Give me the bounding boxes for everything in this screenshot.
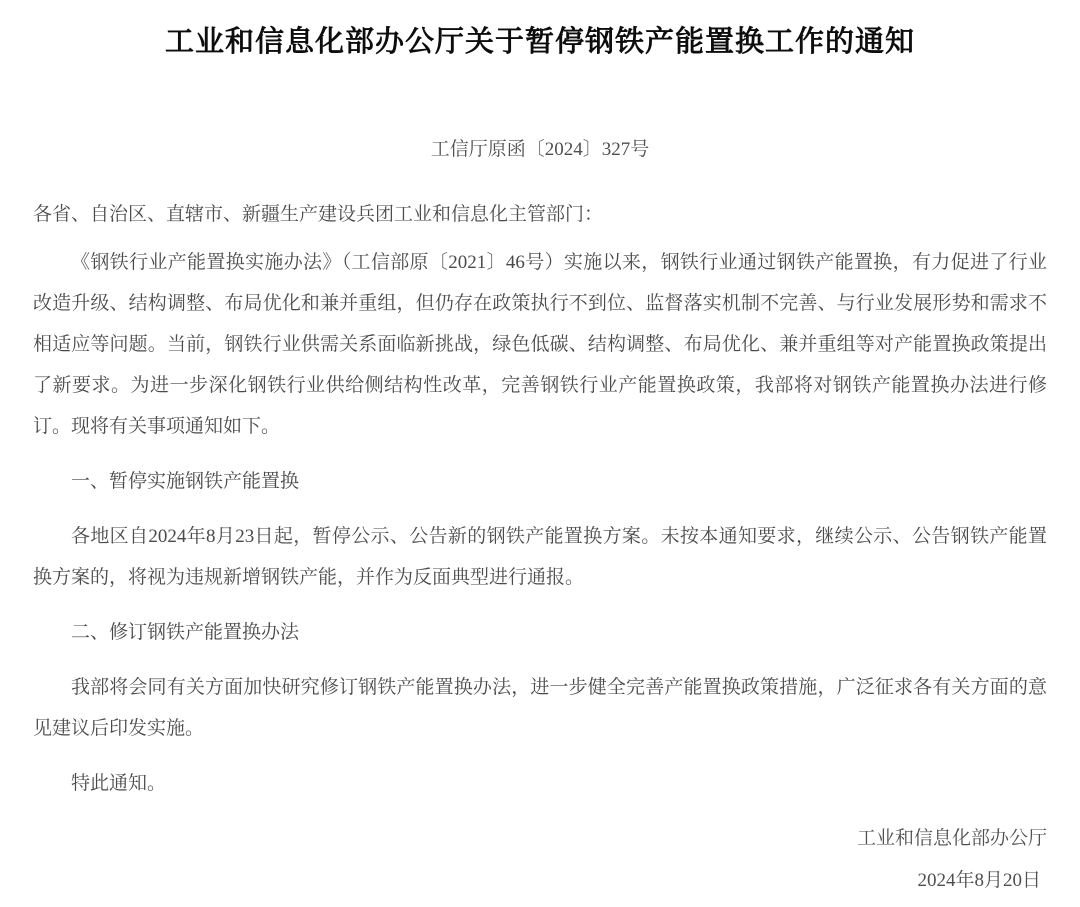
date-line: 2024年8月20日 [33,860,1041,902]
addressee-line: 各省、自治区、直辖市、新疆生产建设兵团工业和信息化主管部门： [33,201,1047,228]
signature-line: 工业和信息化部办公厅 [33,818,1047,860]
page-title: 工业和信息化部办公厅关于暂停钢铁产能置换工作的通知 [33,24,1047,60]
signature-block: 工业和信息化部办公厅 2024年8月20日 [33,818,1047,902]
doc-number: 工信厅原函〔2024〕327号 [33,136,1047,163]
section-1-heading: 一、暂停实施钢铁产能置换 [33,461,1047,502]
intro-paragraph: 《钢铁行业产能置换实施办法》（工信部原〔2021〕46号）实施以来，钢铁行业通过… [33,242,1047,447]
closing-line: 特此通知。 [33,763,1047,804]
section-2-paragraph: 我部将会同有关方面加快研究修订钢铁产能置换办法，进一步健全完善产能置换政策措施，… [33,667,1047,749]
section-2-heading: 二、修订钢铁产能置换办法 [33,612,1047,653]
section-1-paragraph: 各地区自2024年8月23日起，暂停公示、公告新的钢铁产能置换方案。未按本通知要… [33,516,1047,598]
notice-document: 工业和信息化部办公厅关于暂停钢铁产能置换工作的通知 工信厅原函〔2024〕327… [0,0,1080,907]
